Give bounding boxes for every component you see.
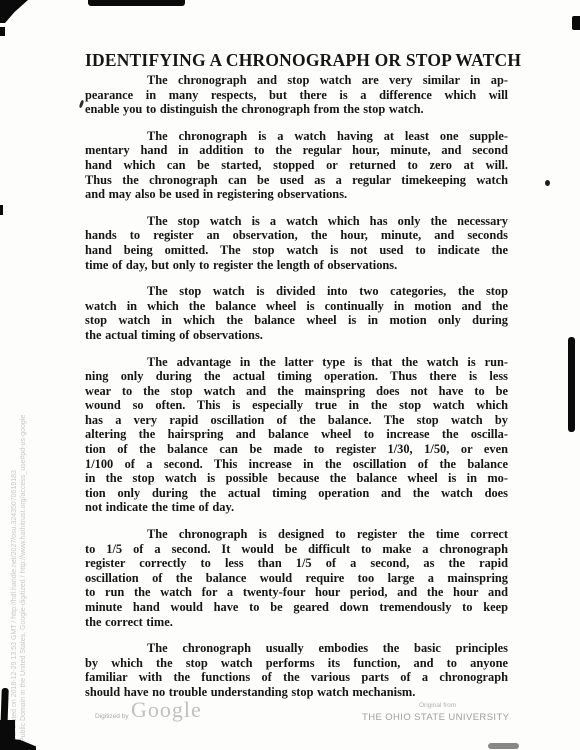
text-line: Thus the chronograph can be used as a re…: [85, 173, 508, 188]
text-line: The chronograph is a watch having at lea…: [85, 129, 508, 144]
document-body: The chronograph and stop watch are very …: [85, 73, 508, 700]
scan-artifact-right-bar: [568, 337, 575, 432]
text-line: the actual timing of observations.: [85, 328, 508, 343]
text-line: familiar with the functions of the vario…: [85, 670, 508, 685]
scan-artifact-left-tick-top: [0, 27, 5, 36]
text-line: ning only during the actual timing opera…: [85, 369, 508, 384]
scan-artifact-top-left-corner: [0, 0, 28, 23]
text-line: and may also be used in registering obse…: [85, 187, 508, 202]
hathitrust-watermark: Generated on 2018-12-29 13:53 GMT / http…: [11, 354, 28, 742]
watermark-generated-line: Generated on 2018-12-29 13:53 GMT / http…: [11, 354, 20, 742]
paragraph: The chronograph usually embodies the bas…: [85, 641, 508, 699]
text-line: 1/100 of a second. This increase in the …: [85, 457, 508, 472]
text-line: to 1/5 of a second. It would be difficul…: [85, 542, 508, 557]
text-line: time of day, but only to register the le…: [85, 258, 508, 273]
text-line: the correct time.: [85, 615, 508, 630]
text-line: oscillation of the balance would require…: [85, 571, 508, 586]
page-content: IDENTIFYING A CHRONOGRAPH OR STOP WATCH …: [85, 50, 508, 700]
original-from-label: Original from: [419, 702, 456, 709]
paragraph: The stop watch is divided into two categ…: [85, 284, 508, 342]
paragraph: The advantage in the latter type is that…: [85, 355, 508, 516]
watermark-publicdomain-line: Public Domain in the United States, Goog…: [20, 354, 29, 742]
text-line: wear to the stop watch and the mainsprin…: [85, 384, 508, 399]
paragraph: The chronograph and stop watch are very …: [85, 73, 508, 117]
scan-artifact-left-tick-mid: [0, 205, 3, 215]
scan-artifact-bottom-left-base: [0, 738, 36, 750]
text-line: enable you to distinguish the chronograp…: [85, 102, 508, 117]
text-line: mentary hand in addition to the regular …: [85, 143, 508, 158]
text-line: wound so often. This is especially true …: [85, 398, 508, 413]
text-line: by which the stop watch performs its fun…: [85, 656, 508, 671]
scan-artifact-right-dot: [545, 180, 550, 186]
institution-label: THE OHIO STATE UNIVERSITY: [362, 712, 509, 723]
text-line: tion only during the actual timing opera…: [85, 486, 508, 501]
text-line: The chronograph and stop watch are very …: [85, 73, 508, 88]
text-line: hand being omitted. The stop watch is no…: [85, 243, 508, 258]
text-line: not indicate the time of day.: [85, 500, 508, 515]
text-line: The advantage in the latter type is that…: [85, 355, 508, 370]
text-line: tion of the balance can be made to regis…: [85, 442, 508, 457]
scan-artifact-ink-speck: [79, 100, 85, 109]
text-line: The chronograph is designed to register …: [85, 527, 508, 542]
text-line: in the stop watch is possible because th…: [85, 471, 508, 486]
text-line: altering the hairspring and balance whee…: [85, 427, 508, 442]
text-line: hands to register an observation, the ho…: [85, 228, 508, 243]
text-line: to run the watch for a twenty-four hour …: [85, 585, 508, 600]
text-line: The stop watch is a watch which has only…: [85, 214, 508, 229]
scan-artifact-top-bar: [88, 0, 185, 6]
text-line: stop watch in which the balance wheel is…: [85, 313, 508, 328]
text-line: The stop watch is divided into two categ…: [85, 284, 508, 299]
page-title: IDENTIFYING A CHRONOGRAPH OR STOP WATCH: [85, 50, 508, 71]
text-line: has a very rapid oscillation of the bala…: [85, 413, 508, 428]
scan-artifact-top-right-mark: [572, 16, 580, 30]
google-logo: Google: [131, 697, 202, 723]
text-line: register correctly to less than 1/5 of a…: [85, 556, 508, 571]
text-line: pearance in many respects, but there is …: [85, 88, 508, 103]
text-line: minute hand would have to be geared down…: [85, 600, 508, 615]
scan-artifact-bottom-smudge: [488, 743, 519, 749]
text-line: The chronograph usually embodies the bas…: [85, 641, 508, 656]
digitized-by-label: Digitized by: [95, 713, 129, 720]
text-line: watch in which the balance wheel is cont…: [85, 299, 508, 314]
paragraph: The chronograph is a watch having at lea…: [85, 129, 508, 202]
paragraph: The chronograph is designed to register …: [85, 527, 508, 629]
scanned-document-page: Generated on 2018-12-29 13:53 GMT / http…: [0, 0, 580, 750]
paragraph: The stop watch is a watch which has only…: [85, 214, 508, 272]
text-line: hand which can be started, stopped or re…: [85, 158, 508, 173]
